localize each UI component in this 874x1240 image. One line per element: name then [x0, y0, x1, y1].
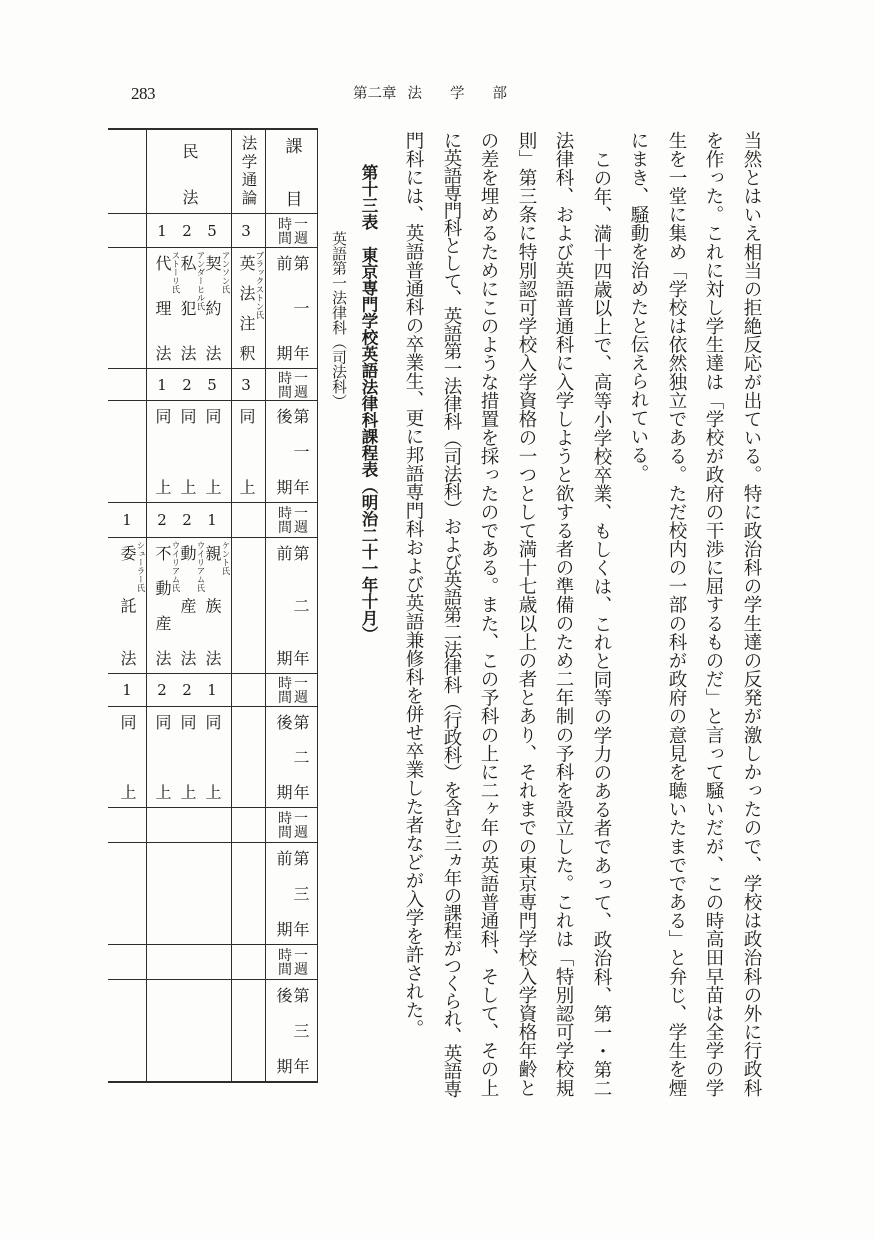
hours-value: 2: [179, 223, 204, 239]
civil-law-courses: [147, 843, 231, 944]
hours-label-cell: 一週時間: [266, 369, 317, 400]
course-name: 同上: [204, 714, 220, 800]
unlabeled-hours: [108, 214, 146, 247]
course-name: 同上: [179, 408, 195, 495]
course-entry: 同上: [238, 401, 263, 502]
body-text-line: 則」第三条に特別認可学校入学資格の一つとして満十七歳以上の者とあり、それまでの東…: [515, 131, 537, 1097]
period-term: 前期: [275, 545, 292, 666]
body-text-line: 法律科、および英語普通科に入学しようと欲する者の準備のため二年制の予科を設立した…: [552, 131, 574, 1097]
civil-law-hours: 1 2 2: [147, 674, 231, 706]
civil-law-hours: [147, 945, 231, 979]
period-label-cell: 第二年 前期: [266, 538, 317, 673]
period-year: 第三年: [292, 987, 309, 1074]
unlabeled-courses: 委託法 シューラー氏: [108, 538, 146, 673]
hours-value: 1: [204, 682, 229, 698]
course-name: 同上: [154, 408, 170, 495]
hours-value: 3: [238, 223, 263, 239]
page-number: 283: [131, 84, 155, 104]
course-name: 契約法: [204, 255, 220, 361]
chapter-label: 第二章: [353, 86, 397, 102]
course-name: 不動産法: [154, 545, 170, 666]
civil-law-courses: 同上 同上 同上: [147, 707, 231, 807]
body-text-line: 生を一堂に集め「学校は依然独立である。ただ校内の一部の科が政府の意見を聴いたまで…: [665, 131, 687, 1097]
course-entry: 代理法 ストーリ氏: [154, 248, 179, 368]
course-entry: 契約法 アンソン氏: [204, 248, 229, 368]
civil-law-courses: [147, 980, 231, 1081]
hours-per-week-label: 一週時間: [276, 676, 308, 705]
section-label: 法学部: [408, 86, 536, 102]
civil-law-courses: 同上 同上 同上: [147, 401, 231, 502]
hours-value: 2: [179, 377, 204, 393]
period-term: 後期: [275, 408, 292, 495]
course-name: 同上: [119, 714, 135, 800]
header-cell-unlabeled: [108, 129, 146, 213]
course-entry: 同上: [154, 707, 179, 807]
law-intro-hours: 3: [232, 369, 265, 400]
period-term: 前期: [275, 255, 292, 361]
period-label-cell: 第三年 前期: [266, 843, 317, 944]
civil-law-hours: 5 2 1: [147, 214, 231, 247]
course-entry: 同上: [179, 401, 204, 502]
hours-value: 2: [154, 512, 179, 528]
civil-law-courses: 親族法 ケント氏 動産法 ウイリアム氏 不動産法 ウイリアム氏: [147, 538, 231, 673]
unlabeled-courses: 同上: [108, 707, 146, 807]
table-subtitle: 英語第一法律科（司法科）: [329, 231, 347, 409]
civil-law-hours: [147, 808, 231, 842]
course-entry: 不動産法 ウイリアム氏: [154, 538, 179, 673]
unlabeled-hours: [108, 808, 146, 842]
course-entry: 英法注釈 ブラックストン氏: [238, 248, 263, 368]
course-table: 課目 法学通論 民法 一週時間 3 5 2 1 第一年 前期: [108, 128, 318, 1083]
course-name: 同上: [179, 714, 195, 800]
course-name: 英法注釈: [238, 255, 254, 361]
body-text-line: にまき、騒動を治めたと伝えられている。: [627, 131, 649, 1097]
body-text-line: この年、満十四歳以上で、高等小学校卒業、もしくは、これと同等の学力のある者であっ…: [590, 150, 612, 1098]
subject-law-intro: 法学通論: [241, 135, 257, 205]
hours-value: 1: [204, 512, 229, 528]
law-intro-hours: [232, 945, 265, 979]
hours-value: 1: [154, 223, 179, 239]
course-name: 動産法: [179, 545, 195, 666]
course-entry: 同上: [119, 707, 144, 807]
course-name: 親族法: [204, 545, 220, 666]
law-intro-courses: [232, 707, 265, 807]
unlabeled-courses: [108, 248, 146, 368]
hours-value: 2: [179, 682, 204, 698]
course-entry: 私犯法 アンダーヒル氏: [179, 248, 204, 368]
law-intro-hours: 3: [232, 214, 265, 247]
law-intro-hours: [232, 808, 265, 842]
law-intro-courses: [232, 538, 265, 673]
body-text-line: 門科には、英語普通科の卒業生、更に邦語専門科および英語兼修科を併せ卒業した者など…: [402, 131, 424, 1097]
course-entry: 親族法 ケント氏: [204, 538, 229, 673]
lecturer-name: シューラー氏: [136, 541, 144, 592]
hours-label-cell: 一週時間: [266, 503, 317, 537]
unlabeled-hours: [108, 369, 146, 400]
course-entry: 同上: [179, 707, 204, 807]
course-name: 同上: [238, 408, 254, 495]
hours-label-cell: 一週時間: [266, 674, 317, 706]
period-year: 第一年: [292, 255, 309, 361]
header-cell-law-intro: 法学通論: [232, 129, 265, 213]
subject-civil-law: 民法: [181, 143, 197, 205]
period-label-cell: 第三年 後期: [266, 980, 317, 1081]
civil-law-hours: 1 2 2: [147, 503, 231, 537]
unlabeled-courses: [108, 980, 146, 1081]
course-name: 代理法: [154, 255, 170, 361]
course-name: 私犯法: [179, 255, 195, 361]
hours-label-cell: 一週時間: [266, 808, 317, 842]
hours-value: 1: [119, 682, 144, 698]
hours-value: 5: [204, 377, 229, 393]
hours-per-week-label: 一週時間: [276, 948, 308, 977]
header-cell-civil-law: 民法: [147, 129, 231, 213]
course-entry: 同上: [204, 707, 229, 807]
hours-value: 2: [179, 512, 204, 528]
period-label-cell: 第一年 後期: [266, 401, 317, 502]
period-year: 第二年: [292, 714, 309, 800]
hours-value: 3: [238, 377, 263, 393]
law-intro-hours: [232, 503, 265, 537]
period-year: 第三年: [292, 850, 309, 937]
course-entry: 同上: [154, 401, 179, 502]
body-text-line: の差を埋めるためにこのような措置を採ったのである。また、この予科の上に二ヶ年の英…: [477, 131, 499, 1097]
hours-per-week-label: 一週時間: [276, 370, 308, 399]
period-term: 後期: [275, 714, 292, 800]
body-text-line: に英語専門科として、英語第一法律科（司法科）および英語第二法律科（行政科）を含む…: [440, 131, 462, 1097]
hours-value: 5: [204, 223, 229, 239]
period-label-cell: 第一年 前期: [266, 248, 317, 368]
table-rule: [317, 128, 318, 1083]
hours-per-week-label: 一週時間: [276, 216, 308, 245]
running-head: 第二章法学部: [353, 85, 535, 103]
law-intro-courses: 英法注釈 ブラックストン氏: [232, 248, 265, 368]
law-intro-courses: [232, 980, 265, 1081]
header-cell-subject: 課目: [266, 129, 317, 213]
lecturer-name: ブラックストン氏: [255, 251, 263, 319]
unlabeled-courses: [108, 843, 146, 944]
subject-column-label: 課目: [283, 137, 301, 207]
civil-law-hours: 5 2 1: [147, 369, 231, 400]
course-entry: 動産法 ウイリアム氏: [179, 538, 204, 673]
subject-unlabeled: [119, 143, 135, 205]
course-entry: 委託法 シューラー氏: [119, 538, 144, 673]
hours-value: 1: [119, 512, 144, 528]
hours-value: 1: [154, 377, 179, 393]
book-page: 283 第二章法学部 当然とはいえ相当の拒絶反応が出ている。特に政治科の学生達の…: [0, 0, 874, 1240]
hours-per-week-label: 一週時間: [276, 506, 308, 535]
table-title: 第十三表 東京専門学校英語法律科課程表（明治二十一年十月）: [358, 164, 378, 643]
period-term: 前期: [275, 850, 292, 937]
unlabeled-hours: 1: [108, 674, 146, 706]
law-intro-courses: [232, 843, 265, 944]
unlabeled-hours: [108, 945, 146, 979]
period-year: 第一年: [292, 408, 309, 495]
course-name: 委託法: [119, 545, 135, 666]
unlabeled-courses: [108, 401, 146, 502]
lecturer-name: アンソン氏: [221, 251, 229, 294]
unlabeled-hours: 1: [108, 503, 146, 537]
body-text-line: 当然とはいえ相当の拒絶反応が出ている。特に政治科の学生達の反発が激しかったので、…: [740, 131, 762, 1097]
course-entry: 同上: [204, 401, 229, 502]
period-year: 第二年: [292, 545, 309, 666]
table-rule: [108, 1081, 318, 1083]
hours-value: 2: [154, 682, 179, 698]
law-intro-hours: [232, 674, 265, 706]
hours-label-cell: 一週時間: [266, 214, 317, 247]
body-text-line: を作った。これに対し学生達は「学校が政府の干渉に屈するものだ」と言って騒いだが、…: [702, 131, 724, 1097]
course-name: 同上: [204, 408, 220, 495]
lecturer-name: ケント氏: [221, 541, 229, 575]
hours-per-week-label: 一週時間: [276, 811, 308, 840]
civil-law-courses: 契約法 アンソン氏 私犯法 アンダーヒル氏 代理法 ストーリ氏: [147, 248, 231, 368]
period-term: 後期: [275, 987, 292, 1074]
period-label-cell: 第二年 後期: [266, 707, 317, 807]
law-intro-courses: 同上: [232, 401, 265, 502]
course-name: 同上: [154, 714, 170, 800]
hours-label-cell: 一週時間: [266, 945, 317, 979]
